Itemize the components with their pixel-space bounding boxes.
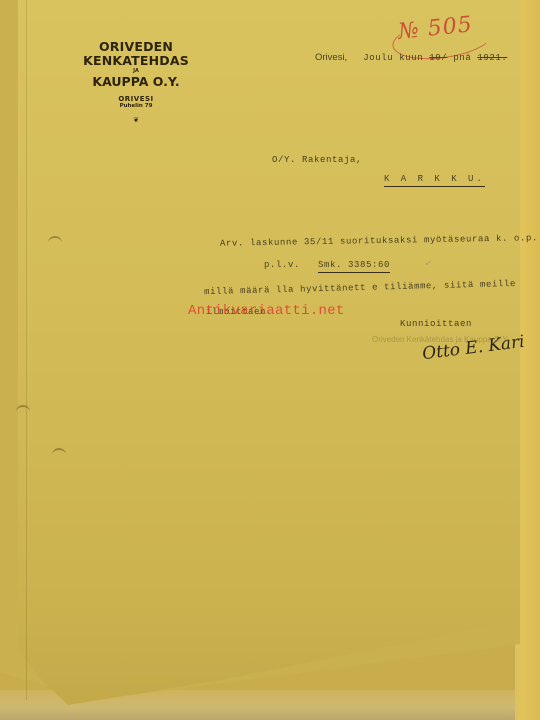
date-printed-year-prefix: pnä: [453, 53, 471, 63]
body-line-2: p.l.v. Smk. 3385:60: [264, 260, 390, 270]
date-day: 19/: [429, 53, 447, 63]
fold-line: [26, 0, 27, 700]
punch-hole-icon: [16, 405, 30, 417]
recipient-city: K A R K K U.: [384, 174, 485, 187]
closing-phrase: Kunnioittaen: [400, 319, 472, 329]
punch-hole-icon: [52, 448, 66, 460]
payment-amount: Smk. 3385:60: [318, 260, 390, 273]
company-name-line2: KAUPPA O.Y.: [48, 75, 224, 89]
date-city: Orivesi,: [315, 52, 347, 63]
date-printed-suffix: kuun: [399, 53, 423, 63]
company-name-line1: ORIVEDEN KENKATEHDAS: [48, 40, 224, 68]
company-phone: Puhelin 79: [48, 103, 224, 110]
body-line-2-prefix: p.l.v.: [264, 260, 300, 270]
ornament-icon: ❦: [48, 114, 224, 126]
watermark: Antikvariaatti.net: [188, 303, 345, 319]
date-year: 1921.: [477, 53, 507, 63]
company-city: ORIVESI: [48, 95, 224, 103]
punch-hole-icon: [48, 236, 62, 248]
date-month: Joulu: [363, 53, 393, 63]
letterhead: ORIVEDEN KENKATEHDAS JA KAUPPA O.Y. ORIV…: [48, 40, 224, 126]
recipient-name: O/Y. Rakentaja,: [272, 155, 362, 165]
date-line: Orivesi, Joulu kuun 19/ pnä 1921.: [315, 52, 507, 63]
